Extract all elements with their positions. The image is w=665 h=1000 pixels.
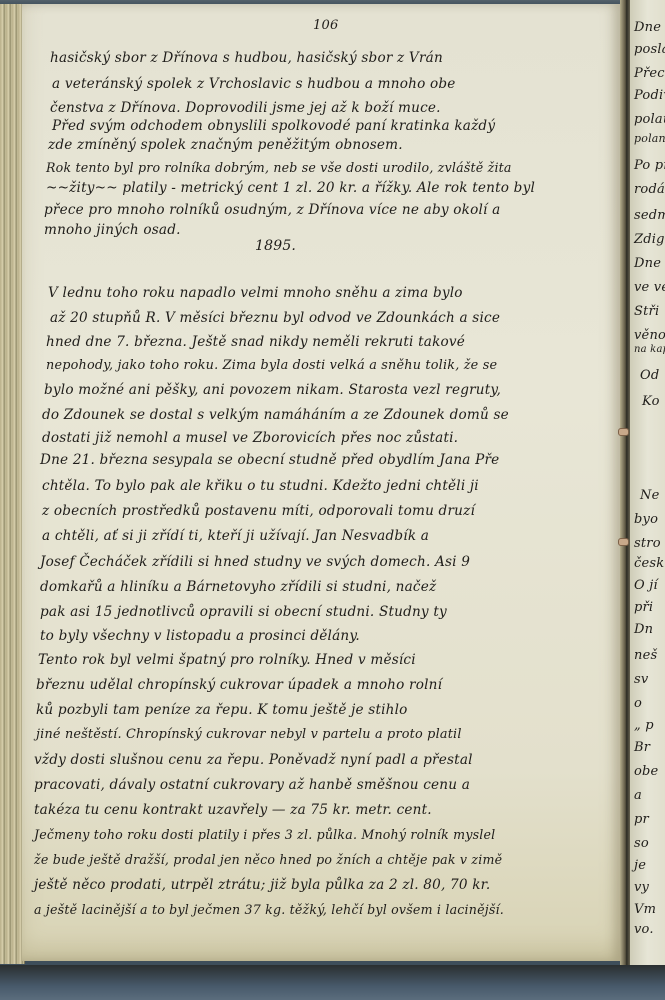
text-line: ještě něco prodati, utrpěl ztrátu; již b… xyxy=(34,877,490,893)
fragment-line: Dn xyxy=(634,622,653,637)
binding-thread xyxy=(618,538,629,546)
fragment-line: česk xyxy=(634,556,664,571)
fragment-line: polau xyxy=(634,112,665,127)
text-line: zde zmíněný spolek značným peněžitým obn… xyxy=(48,137,403,153)
text-line: Dne 21. března sesypala se obecní studně… xyxy=(40,452,499,468)
binding-thread xyxy=(618,428,629,436)
fragment-line: Od xyxy=(640,368,659,383)
fragment-line: „ p xyxy=(634,718,654,733)
fragment-line: Dne xyxy=(634,20,661,35)
fragment-line: Podiv xyxy=(634,88,665,103)
fragment-line: vo. xyxy=(634,922,654,937)
year-heading: 1895. xyxy=(255,238,296,254)
text-line: jiné neštěstí. Chropínský cukrovar nebyl… xyxy=(36,727,462,742)
fragment-line: Dne ( xyxy=(634,256,665,271)
text-line: až 20 stupňů R. V měsíci březnu byl odvo… xyxy=(50,310,500,326)
desk-background xyxy=(0,965,665,1000)
fragment-line: Zdig xyxy=(634,232,665,247)
fragment-line: na kap xyxy=(634,344,665,355)
text-line: hned dne 7. března. Ještě snad nikdy nem… xyxy=(46,334,465,350)
text-line: to byly všechny v listopadu a prosinci d… xyxy=(40,628,360,644)
fragment-line: Ko xyxy=(642,394,660,409)
text-line: dostati již nemohl a musel ve Zborovicíc… xyxy=(42,430,458,446)
text-line: ~~žity~~ platily - metrický cent 1 zl. 2… xyxy=(46,180,535,196)
fragment-line: věno xyxy=(634,328,665,343)
text-line: březnu udělal chropínský cukrovar úpadek… xyxy=(36,677,442,693)
fragment-line: je xyxy=(634,858,646,873)
fragment-line: vy xyxy=(634,880,649,895)
fragment-line: polanc xyxy=(634,132,665,145)
text-line: ků pozbyli tam peníze za řepu. K tomu je… xyxy=(36,702,408,718)
text-line: a ještě lacinější a to byl ječmen 37 kg.… xyxy=(34,902,504,917)
fragment-line: Ne xyxy=(640,488,659,503)
text-line: do Zdounek se dostal s velkým namáháním … xyxy=(42,407,509,423)
fragment-line: při xyxy=(634,600,653,615)
text-line: pracovati, dávaly ostatní cukrovary až h… xyxy=(34,777,470,793)
text-line: a chtěli, ať si ji zřídí ti, kteří ji už… xyxy=(42,528,429,544)
fragment-line: Stři xyxy=(634,304,659,319)
fragment-line: Br xyxy=(634,740,650,755)
text-line: Tento rok byl velmi špatný pro rolníky. … xyxy=(38,652,416,668)
text-line: domkařů a hliníku a Bárnetovyho zřídili … xyxy=(40,579,436,595)
fragment-line: ve ve xyxy=(634,280,665,295)
fragment-line: obe xyxy=(634,764,658,779)
fragment-line: byo xyxy=(634,512,658,527)
text-line: V lednu toho roku napadlo velmi mnoho sn… xyxy=(48,285,463,301)
text-line: takéza tu cenu kontrakt uzavřely — za 75… xyxy=(34,802,432,818)
fragment-line: rodá, xyxy=(634,182,665,197)
text-line: přece pro mnoho rolníků osudným, z Dříno… xyxy=(44,202,500,218)
fragment-line: Vm xyxy=(634,902,656,917)
page-number: 106 xyxy=(313,18,338,33)
text-line: Josef Čecháček zřídili si hned studny ve… xyxy=(40,554,470,570)
fragment-line: sedm xyxy=(634,208,665,223)
fragment-line: Přece xyxy=(634,66,665,81)
text-line: Rok tento byl pro rolníka dobrým, neb se… xyxy=(46,160,512,175)
text-line: Před svým odchodem obnyslili spolkovodé … xyxy=(52,118,495,134)
fragment-line: neš xyxy=(634,648,657,663)
text-line: vždy dosti slušnou cenu za řepu. Poněvad… xyxy=(34,752,473,768)
text-line: čenstva z Dřínova. Doprovodili jsme jej … xyxy=(50,100,441,116)
fragment-line: stro xyxy=(634,536,661,551)
text-line: a veteránský spolek z Vrchoslavic s hudb… xyxy=(52,76,456,92)
fragment-line: sv xyxy=(634,672,648,687)
text-line: Ječmeny toho roku dosti platily i přes 3… xyxy=(34,827,495,842)
fragment-line: pr xyxy=(634,812,649,827)
text-line: pak asi 15 jednotlivců opravili si obecn… xyxy=(40,604,447,620)
fragment-line: so xyxy=(634,836,649,851)
fragment-line: Po pr xyxy=(634,158,665,173)
text-line: že bude ještě dražší, prodal jen něco hn… xyxy=(34,852,502,867)
fragment-line: posla xyxy=(634,42,665,57)
text-line: nepohody, jako toho roku. Zima byla dost… xyxy=(46,358,497,373)
text-line: mnoho jiných osad. xyxy=(44,222,181,238)
fragment-line: O jí xyxy=(634,578,658,593)
fragment-line: a xyxy=(634,788,642,803)
text-line: chtěla. To bylo pak ale křiku o tu studn… xyxy=(42,478,479,494)
fragment-line: o xyxy=(634,696,642,711)
text-line: hasičský sbor z Dřínova s hudbou, hasičs… xyxy=(50,50,443,66)
text-line: z obecních prostředků postavenu míti, od… xyxy=(42,503,475,519)
text-line: bylo možné ani pěšky, ani povozem nikam.… xyxy=(44,382,501,398)
